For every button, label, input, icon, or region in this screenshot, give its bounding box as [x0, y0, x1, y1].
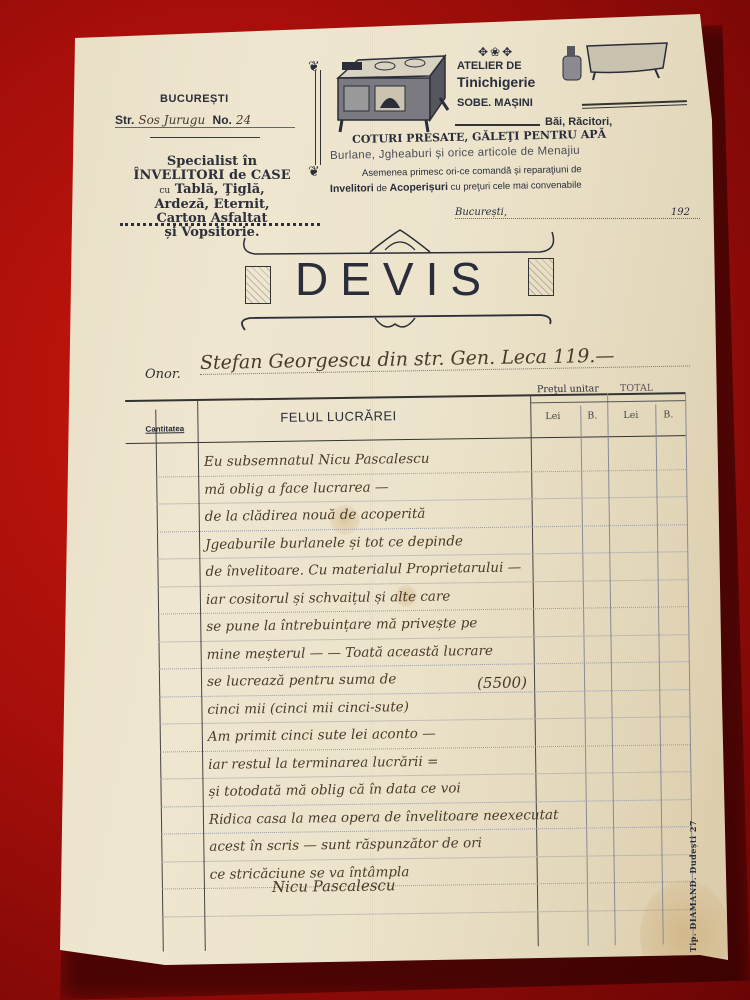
column-divider — [155, 410, 164, 952]
divider — [455, 124, 540, 128]
leaf-tile-ornament-icon — [528, 258, 554, 296]
dotted-divider — [120, 223, 320, 226]
header-unit-lei: Lei — [545, 411, 560, 422]
date-field: București, 192 — [455, 207, 700, 219]
divider — [150, 137, 260, 138]
floral-ornament-icon: ✥❀✥ — [478, 45, 514, 59]
handwritten-body: Eu subsemnatul Nicu Pascalescu mă oblig … — [204, 444, 540, 889]
atelier-label: ATELIER DE — [457, 60, 522, 72]
notice-line-2: Invelitori de Acoperișuri cu preţuri cel… — [330, 179, 582, 195]
printer-mark: Tip. DIAMAND. Dudești 27 — [688, 820, 698, 952]
amount: (5500) — [477, 673, 527, 692]
products-line-1: SOBE. MAȘINI — [457, 97, 533, 109]
art-nouveau-ornament-bottom-icon — [235, 310, 555, 335]
date-label: București, — [455, 207, 507, 218]
trade-name: Tinichigerie — [457, 74, 535, 90]
signature: Nicu Pascalescu — [272, 876, 396, 896]
handwritten-line: de învelitoare. Cu materialul Proprietar… — [205, 554, 535, 586]
date-year: 192 — [671, 207, 690, 218]
notice-line-1: Asemenea primesc ori-ce comandă și repar… — [362, 164, 582, 179]
header-unit-bani: B. — [587, 410, 597, 421]
number-value: 24 — [236, 113, 251, 127]
ornamental-bar — [315, 70, 321, 165]
header-quantity: Cantitatea — [145, 424, 184, 434]
divider — [582, 100, 687, 109]
leaf-tile-ornament-icon — [245, 266, 271, 304]
column-divider — [655, 405, 664, 945]
products-line-2: Băi, Răcitori, — [545, 116, 612, 128]
document-paper: BUCUREȘTI Str.Sos Jurugu No.24 Specialis… — [0, 0, 750, 1000]
quote-table: Cantitatea FELUL LUCRĂREI Preţul unitar … — [125, 384, 698, 952]
client-label: Onor. — [145, 367, 181, 382]
header-unit-price: Preţul unitar — [537, 383, 599, 395]
header-total-bani: B. — [663, 409, 673, 420]
document-title: DEVIS — [295, 252, 493, 306]
stove-illustration-icon — [330, 50, 450, 135]
header-total-lei: Lei — [623, 410, 638, 421]
table-header-rule — [126, 435, 686, 444]
street-value: Sos Jurugu — [138, 113, 205, 127]
letterhead-city: BUCUREȘTI — [160, 93, 229, 105]
client-value: Stefan Georgescu din str. Gen. Leca 119.… — [200, 343, 690, 375]
header-work: FELUL LUCRĂREI — [280, 408, 397, 425]
ruled-line — [162, 909, 692, 917]
number-label: No. — [213, 113, 232, 127]
products-line-4: Burlane, Jgheaburi și orice articole de … — [330, 145, 580, 162]
letterhead-address: Str.Sos Jurugu No.24 — [115, 113, 295, 128]
header-total: TOTAL — [620, 383, 653, 394]
column-divider — [607, 393, 616, 945]
street-label: Str. — [115, 113, 134, 127]
fleur-ornament-icon: ❦ — [308, 163, 320, 180]
column-divider — [580, 406, 589, 946]
bathtub-illustration-icon — [555, 38, 670, 83]
fleur-ornament-icon: ❦ — [308, 58, 320, 75]
handwritten-line: Ridica casa la mea opera de învelitoare … — [209, 802, 539, 834]
handwritten-line: mine meșterul — — Toată această lucrare — [206, 637, 536, 669]
